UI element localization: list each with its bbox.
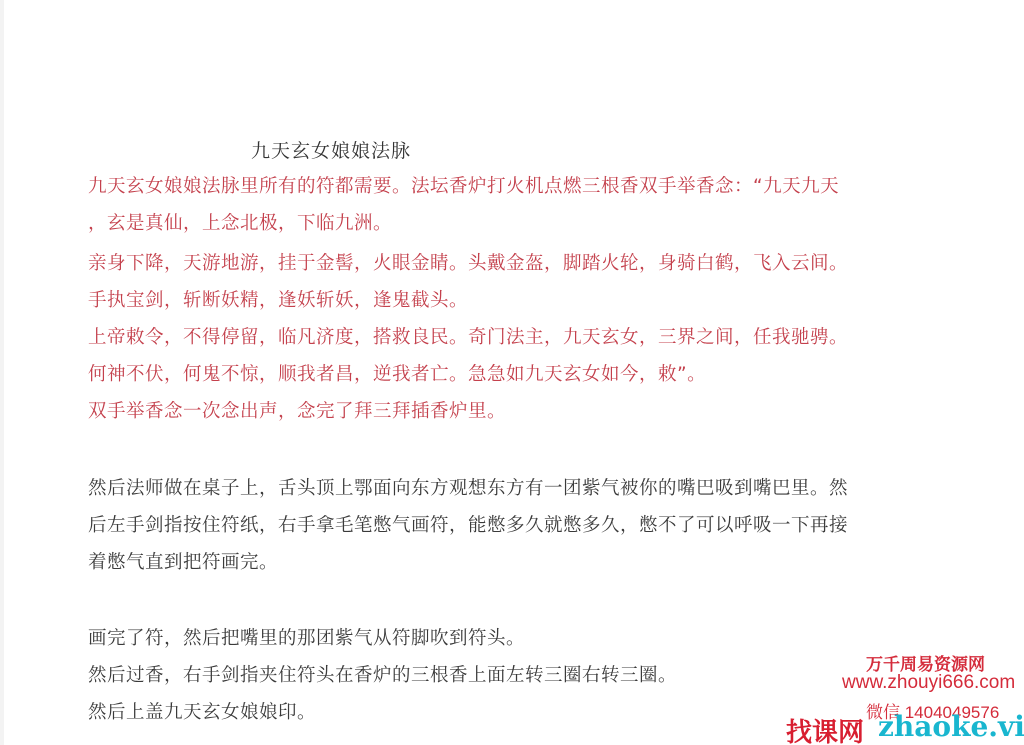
text-line: 然后上盖九天玄女娘娘印。 <box>88 698 316 724</box>
text-line: 何神不伏，何鬼不惊，顺我者昌，逆我者亡。急急如九天玄女如今，敕”。 <box>88 360 706 386</box>
text-line: 双手举香念一次念出声，念完了拜三拜插香炉里。 <box>88 397 506 423</box>
document-page: 九天玄女娘娘法脉 九天玄女娘娘法脉里所有的符都需要。法坛香炉打火机点燃三根香双手… <box>0 0 1024 745</box>
watermark: 万千周易资源网 www.zhouyi666.com 微信 1404049576 … <box>774 648 1024 745</box>
text-line: 着憋气直到把符画完。 <box>88 548 278 574</box>
text-line: 然后过香，右手剑指夹住符头在香炉的三根香上面左转三圈右转三圈。 <box>88 661 677 687</box>
document-title: 九天玄女娘娘法脉 <box>251 136 411 163</box>
text-line: 然后法师做在桌子上，舌头顶上鄂面向东方观想东方有一团紫气被你的嘴巴吸到嘴巴里。然 <box>88 474 848 500</box>
watermark-url: www.zhouyi666.com <box>842 672 1015 694</box>
text-line: 手执宝剑，斩断妖精，逢妖斩妖，逢鬼截头。 <box>88 286 468 312</box>
text-line: ，玄是真仙，上念北极，下临九洲。 <box>88 209 392 235</box>
text-line: 九天玄女娘娘法脉里所有的符都需要。法坛香炉打火机点燃三根香双手举香念：“九天九天 <box>88 172 839 198</box>
text-line: 亲身下降，天游地游，挂于金髻，火眼金睛。头戴金盔，脚踏火轮，身骑白鹤，飞入云间。 <box>88 249 848 275</box>
text-line: 画完了符，然后把嘴里的那团紫气从符脚吹到符头。 <box>88 624 525 650</box>
text-line: 后左手剑指按住符纸，右手拿毛笔憋气画符，能憋多久就憋多久，憋不了可以呼吸一下再接 <box>88 511 848 537</box>
watermark-brand-en: zhaoke.vip <box>878 710 1024 743</box>
text-line: 上帝敕令，不得停留，临凡济度，搭救良民。奇门法主，九天玄女，三界之间，任我驰骋。 <box>88 323 848 349</box>
watermark-brand-cn: 找课网 <box>786 712 864 745</box>
